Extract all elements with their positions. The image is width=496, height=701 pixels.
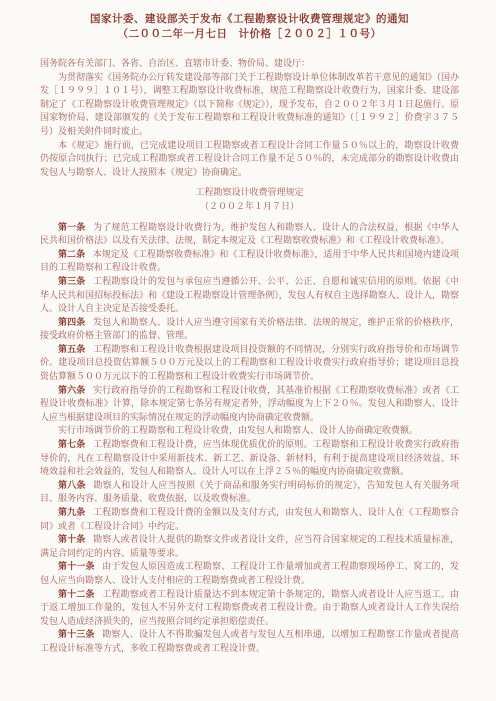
regulation-date: （２００２年１月７日） [40, 200, 459, 214]
article-label: 第八条 [58, 480, 86, 490]
article-label: 第十二条 [58, 589, 95, 599]
document-page: 国家计委、建设部关于发布《工程勘察设计收费管理规定》的通知 （二００二年一月七日… [0, 0, 496, 701]
document-title-line1: 国家计委、建设部关于发布《工程勘察设计收费管理规定》的通知 [40, 13, 459, 28]
article-text: 本规定及《工程勘察收费标准》和《工程设计收费标准》，适用于中华人民共和国境内建设… [40, 249, 459, 273]
article-paragraph-13: 第十三条勘察人、设计人不得欺骗发包人或者与发包人互相串通，以增加工程勘察工作量或… [40, 628, 459, 655]
article-paragraph-1: 第一条为了规范工程勘察设计收费行为，维护发包人和勘察人、设计人的合法权益，根据《… [40, 221, 459, 248]
notice-salutation: 国务院各有关部门、各省、自治区、直辖市计委、物价局、建设厅： [40, 57, 459, 71]
article-label: 第十条 [58, 534, 85, 544]
article-paragraph-7: 第七条工程勘察费和工程设计费，应当体现优质优价的原则。工程勘察和工程设计收费实行… [40, 438, 459, 479]
article-label: 第七条 [58, 439, 85, 449]
article-paragraph-3: 第三条工程勘察设计的发包与承包应当遵循公开、公平、公正、自愿和诚实信用的原则。依… [40, 275, 459, 316]
article-paragraph-4: 第四条发包人和勘察人、设计人应当遵守国家有关价格法律、法规的规定，维护正常的价格… [40, 316, 459, 343]
article-label: 第四条 [58, 317, 85, 327]
article-paragraph-10: 第十条勘察人或者设计人提供的勘察文件或者设计文件，应当符合国家规定的工程技术质量… [40, 533, 459, 560]
article-text: 勘察人、设计人不得欺骗发包人或者与发包人互相串通，以增加工程勘察工作量或者提高工… [40, 629, 459, 653]
regulation-title: 工程勘察设计收费管理规定 [40, 186, 459, 200]
article-paragraph-11: 第十一条由于发包人原因造成工程勘察、工程设计工作量增加或者工程勘察现场停工、窝工… [40, 560, 459, 587]
article-label: 第一条 [58, 222, 85, 232]
article-text: 实行政府指导价的工程勘察和工程设计收费，其基准价根据《工程勘察收费标准》或者《工… [40, 385, 459, 422]
article-paragraph-9: 第九条工程勘察费和工程设计费的金额以及支付方式，由发包人和勘察人、设计人在《工程… [40, 506, 459, 533]
article-text: 为了规范工程勘察设计收费行为，维护发包人和勘察人、设计人的合法权益，根据《中华人… [40, 222, 459, 246]
article-text: 工程勘察费和工程设计费，应当体现优质优价的原则。工程勘察和工程设计收费实行政府指… [40, 439, 459, 476]
article-paragraph-12: 第十二条工程勘察或者工程设计质量达不到本规定第十条规定的，勘察人或者设计人应当返… [40, 588, 459, 629]
article-label: 第十一条 [58, 561, 95, 571]
article-label: 第二条 [58, 249, 85, 259]
article-text: 发包人和勘察人、设计人应当遵守国家有关价格法律、法规的规定，维护正常的价格秩序，… [40, 317, 459, 341]
document-title-line2: （二００二年一月七日 计价格［２００２］１０号） [40, 28, 459, 43]
article-paragraph-6-continued: 实行市场调节价的工程勘察和工程设计收费，由发包人和勘察人、设计人协商确定收费额。 [40, 424, 459, 438]
article-label: 第九条 [58, 507, 85, 517]
article-paragraph-8: 第八条勘察人和设计人应当按照《关于商品和服务实行明码标价的规定》，告知发包人有关… [40, 479, 459, 506]
article-text: 工程勘察设计的发包与承包应当遵循公开、公平、公正、自愿和诚实信用的原则。依据《中… [40, 276, 459, 313]
regulation-heading: 工程勘察设计收费管理规定 （２００２年１月７日） [40, 186, 459, 213]
article-label: 第五条 [58, 344, 85, 354]
article-text: 工程勘察费和工程设计费的金额以及支付方式，由发包人和勘察人、设计人在《工程勘察合… [40, 507, 459, 531]
article-label: 第三条 [58, 276, 85, 286]
document-body: 国务院各有关部门、各省、自治区、直辖市计委、物价局、建设厅： 为贯彻落实《国务院… [40, 57, 459, 656]
article-label: 第六条 [58, 385, 85, 395]
notice-paragraph-1: 为贯彻落实《国务院办公厅转发建设部等部门关于工程勘察设计单位体制改革若干意见的通… [40, 71, 459, 139]
article-paragraph-6: 第六条实行政府指导价的工程勘察和工程设计收费，其基准价根据《工程勘察收费标准》或… [40, 384, 459, 425]
article-text: 工程勘察或者工程设计质量达不到本规定第十条规定的，勘察人或者设计人应当返工。由于… [40, 589, 459, 626]
article-text: 勘察人或者设计人提供的勘察文件或者设计文件，应当符合国家规定的工程技术质量标准，… [40, 534, 459, 558]
article-text: 实行市场调节价的工程勘察和工程设计收费，由发包人和勘察人、设计人协商确定收费额。 [58, 425, 418, 435]
article-text: 勘察人和设计人应当按照《关于商品和服务实行明码标价的规定》，告知发包人有关服务项… [40, 480, 459, 504]
article-paragraph-5: 第五条工程勘察和工程设计收费根据建设项目投资额的不同情况，分别实行政府指导价和市… [40, 343, 459, 384]
article-label: 第十三条 [58, 629, 95, 639]
notice-paragraph-2: 本《规定》施行前，已完成建设项目工程勘察或者工程设计合同工作量５０％以上的，勘察… [40, 139, 459, 180]
article-paragraph-2: 第二条本规定及《工程勘察收费标准》和《工程设计收费标准》，适用于中华人民共和国境… [40, 248, 459, 275]
article-text: 由于发包人原因造成工程勘察、工程设计工作量增加或者工程勘察现场停工、窝工的，发包… [40, 561, 459, 585]
article-text: 工程勘察和工程设计收费根据建设项目投资额的不同情况，分别实行政府指导价和市场调节… [40, 344, 459, 381]
